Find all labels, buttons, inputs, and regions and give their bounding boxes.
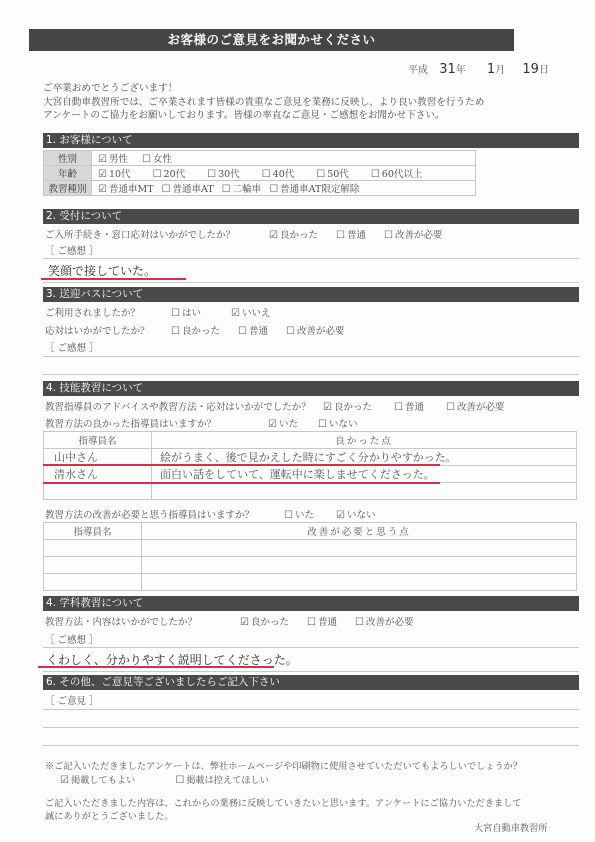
option-label: 掲載は控えてほしい — [186, 775, 269, 786]
row-course: 教習種別 ☑普通車MT☐普通車AT☐二輪車☐普通車AT限定解除 — [44, 181, 476, 196]
divider — [43, 374, 579, 375]
option-label: いない — [329, 419, 358, 430]
option-label: 普通 — [249, 326, 268, 337]
option-改善が必要[interactable]: ☐改善が必要 — [355, 614, 413, 628]
date-month-unit: 月 — [495, 65, 505, 76]
bus-service-question: 応対はいかがでしたか？ — [45, 323, 150, 337]
reception-comment[interactable]: 笑顔で接していた。 — [48, 262, 156, 279]
option-label: 男性 — [109, 154, 128, 165]
option-二輪車[interactable]: ☐二輪車 — [222, 181, 261, 195]
date-year[interactable]: 31 — [439, 62, 456, 77]
option-label: 良かった — [334, 402, 372, 413]
section-header-shuttle-bus: 3. 送迎バスについて — [43, 287, 579, 302]
option-label: 良かった — [182, 326, 220, 337]
col-instructor-name: 指導員名 — [44, 523, 142, 540]
good-point-cell[interactable]: 面白い話をしていて、運転中に楽しませてくださった。 — [152, 466, 577, 483]
option-20代[interactable]: ☐20代 — [153, 166, 186, 180]
intro-line: アンケートのご協力をお願いしております。皆様の率直なご意見・ご感想をお聞かせ下さ… — [43, 109, 484, 123]
checkbox-icon[interactable]: ☐ — [318, 419, 327, 430]
reception-options: ☑良かった☐普通☐改善が必要 — [269, 227, 460, 241]
row-gender: 性別 ☑男性☐女性 — [44, 151, 476, 166]
instructor-name-cell[interactable]: 清水さん — [44, 466, 152, 483]
checked-checkbox-icon[interactable]: ☑ — [231, 308, 240, 319]
date-month[interactable]: 1 — [487, 62, 495, 77]
instructor-name-cell[interactable] — [44, 540, 142, 557]
option-label: はい — [182, 308, 201, 319]
instructor-name-cell[interactable]: 山中さん — [44, 449, 152, 466]
checkbox-icon[interactable]: ☐ — [153, 169, 162, 180]
divider — [43, 745, 579, 746]
section-header-reception: 2. 受付について — [43, 209, 579, 224]
option-label: 改善が必要 — [457, 402, 505, 413]
option-label: 改善が必要 — [366, 617, 414, 628]
date-year-unit: 年 — [456, 65, 466, 76]
table-row — [44, 540, 577, 557]
reception-comment-label: ［ ご感想 ］ — [45, 243, 99, 257]
checkbox-icon[interactable]: ☐ — [142, 154, 151, 165]
publish-question: ※ご記入いただきましたアンケートは、弊社ホームページや印刷物に使用させていただい… — [45, 758, 522, 772]
checked-checkbox-icon[interactable]: ☑ — [269, 230, 278, 241]
option-label: いいえ — [242, 308, 271, 319]
table-row: 山中さん 絵がうまく、後で見かえした時にすごく分かりやすかった。 — [44, 449, 577, 466]
improve-point-cell[interactable] — [142, 574, 577, 591]
option-普通車AT限定解除[interactable]: ☐普通車AT限定解除 — [269, 181, 359, 195]
bus-used-options: ☐はい☑いいえ — [171, 305, 300, 319]
checkbox-icon[interactable]: ☐ — [284, 510, 293, 521]
checked-checkbox-icon[interactable]: ☑ — [60, 775, 69, 786]
date-era: 平成 — [408, 65, 428, 76]
option-label: 改善が必要 — [297, 326, 345, 337]
table-row: 清水さん 面白い話をしていて、運転中に楽しませてくださった。 — [44, 466, 577, 483]
intro-text: ご卒業おめでとうございます！ 大宮自動車教習所では、ご卒業されます皆様の貴重なご… — [43, 82, 484, 123]
date-day-unit: 日 — [539, 65, 549, 76]
instructor-name-cell[interactable] — [44, 557, 142, 574]
checkbox-icon[interactable]: ☐ — [371, 169, 380, 180]
section-header-driving-lessons: 4. 技能教習について — [43, 381, 579, 396]
col-good-points: 良かった点 — [152, 432, 577, 449]
option-良かった[interactable]: ☑良かった — [323, 399, 372, 413]
improve-instructor-table: 指導員名 改善が必要と思う点 — [43, 522, 577, 591]
label-course: 教習種別 — [44, 181, 92, 196]
improve-point-cell[interactable] — [142, 557, 577, 574]
checked-checkbox-icon[interactable]: ☑ — [98, 169, 107, 180]
checkbox-icon[interactable]: ☐ — [384, 230, 393, 241]
thanks-text: ご記入いただきました内容は、これからの業務に反映していきたいと思います。アンケー… — [45, 797, 521, 823]
section-header-other-comments: 6. その他、ご意見等ございましたらご記入下さい — [43, 675, 579, 690]
bus-comment-label: ［ ご感想 ］ — [45, 340, 99, 354]
option-普通車MT[interactable]: ☑普通車MT — [98, 181, 154, 195]
option-はい[interactable]: ☐はい — [171, 305, 201, 319]
option-いいえ[interactable]: ☑いいえ — [231, 305, 270, 319]
checkbox-icon[interactable]: ☐ — [238, 326, 247, 337]
option-いない[interactable]: ☑いない — [336, 507, 375, 521]
option-label: 60代以上 — [382, 169, 423, 180]
table-header-row: 指導員名 改善が必要と思う点 — [44, 523, 577, 540]
table-header-row: 指導員名 良かった点 — [44, 432, 577, 449]
option-label: 掲載してもよい — [71, 775, 135, 786]
checked-checkbox-icon[interactable]: ☑ — [268, 419, 277, 430]
reception-question: ご入所手続き・窓口応対はいかがでしたか？ — [45, 227, 235, 241]
instructor-name-cell[interactable] — [44, 483, 152, 500]
checkbox-icon[interactable]: ☐ — [207, 169, 216, 180]
checked-checkbox-icon[interactable]: ☑ — [98, 184, 107, 195]
improve-instructor-question: 教習方法の改善が必要と思う指導員はいますか？ — [45, 507, 254, 521]
table-row — [44, 483, 577, 500]
red-underline — [38, 666, 274, 668]
option-10代[interactable]: ☑10代 — [98, 166, 131, 180]
good-point-cell[interactable]: 絵がうまく、後で見かえした時にすごく分かりやすかった。 — [152, 449, 577, 466]
option-掲載は控えてほしい[interactable]: ☐掲載は控えてほしい — [175, 772, 269, 786]
option-label: 20代 — [164, 169, 186, 180]
option-label: いた — [279, 419, 298, 430]
label-age: 年齢 — [44, 166, 92, 181]
option-label: 普通 — [318, 617, 337, 628]
option-いた[interactable]: ☐いた — [284, 507, 314, 521]
checkbox-icon[interactable]: ☐ — [262, 169, 271, 180]
divider — [43, 647, 579, 648]
checkbox-icon[interactable]: ☐ — [355, 617, 364, 628]
improve-instructor-options: ☐いた☑いない — [284, 507, 397, 521]
divider — [43, 356, 579, 357]
option-良かった[interactable]: ☑良かった — [269, 227, 318, 241]
instructor-name-cell[interactable] — [44, 574, 142, 591]
checkbox-icon[interactable]: ☐ — [394, 402, 403, 413]
red-underline — [43, 464, 440, 466]
checked-checkbox-icon[interactable]: ☑ — [336, 510, 345, 521]
option-label: 普通車AT — [173, 184, 214, 195]
divider — [43, 671, 579, 672]
thanks-line: 誠にありがとうございました。 — [45, 810, 521, 823]
option-label: 女性 — [153, 154, 172, 165]
option-label: 40代 — [273, 169, 295, 180]
bus-used-question: ご利用されましたか？ — [45, 305, 140, 319]
checkbox-icon[interactable]: ☐ — [446, 402, 455, 413]
table-row — [44, 574, 577, 591]
option-いた[interactable]: ☑いた — [268, 416, 298, 430]
red-underline — [43, 482, 440, 484]
customer-profile-table: 性別 ☑男性☐女性 年齢 ☑10代☐20代☐30代☐40代☐50代☐60代以上 … — [43, 150, 476, 196]
option-label: 普通 — [347, 230, 366, 241]
checkbox-icon[interactable]: ☐ — [286, 326, 295, 337]
classroom-comment-label: ［ ご感想 ］ — [45, 632, 99, 646]
good-point-cell[interactable] — [152, 483, 577, 500]
date: 平成 31年 1月 19日 — [408, 61, 549, 77]
classroom-question: 教習方法・内容はいかがでしたか？ — [45, 614, 197, 628]
option-改善が必要[interactable]: ☐改善が必要 — [286, 323, 344, 337]
classroom-options: ☑良かった☐普通☐改善が必要 — [240, 614, 431, 628]
option-男性[interactable]: ☑男性 — [98, 151, 128, 165]
checkbox-icon[interactable]: ☐ — [316, 169, 325, 180]
option-label: 普通車MT — [109, 184, 154, 195]
option-40代[interactable]: ☐40代 — [262, 166, 295, 180]
checkbox-icon[interactable]: ☐ — [222, 184, 231, 195]
school-signature: 大宮自動車教習所 — [474, 820, 548, 834]
gender-options: ☑男性☐女性 — [92, 151, 476, 166]
checked-checkbox-icon[interactable]: ☑ — [98, 154, 107, 165]
option-掲載してもよい[interactable]: ☑掲載してもよい — [60, 772, 135, 786]
checked-checkbox-icon[interactable]: ☑ — [240, 617, 249, 628]
checkbox-icon[interactable]: ☐ — [175, 775, 184, 786]
option-label: いない — [347, 510, 376, 521]
publish-options: ☑掲載してもよい☐掲載は控えてほしい — [60, 772, 309, 786]
option-普通車AT[interactable]: ☐普通車AT — [162, 181, 214, 195]
divider — [43, 282, 579, 283]
section-header-customer: 1. お客様について — [43, 133, 579, 148]
option-label: 普通車AT限定解除 — [280, 184, 359, 195]
checkbox-icon[interactable]: ☐ — [269, 184, 278, 195]
option-改善が必要[interactable]: ☐改善が必要 — [384, 227, 442, 241]
col-improve-points: 改善が必要と思う点 — [142, 523, 577, 540]
form-title: お客様のご意見をお聞かせください — [29, 29, 514, 51]
divider — [43, 709, 579, 710]
instructor-rating-question: 教習指導員のアドバイスや教習方法・応対はいかがでしたか？ — [45, 399, 311, 413]
option-label: 二輪車 — [233, 184, 262, 195]
section-header-classroom-lessons: 4. 学科教習について — [43, 596, 579, 611]
improve-point-cell[interactable] — [142, 540, 577, 557]
option-label: 50代 — [327, 169, 349, 180]
age-options: ☑10代☐20代☐30代☐40代☐50代☐60代以上 — [92, 166, 476, 181]
option-いない[interactable]: ☐いない — [318, 416, 357, 430]
option-label: 普通 — [405, 402, 424, 413]
option-女性[interactable]: ☐女性 — [142, 151, 172, 165]
course-options: ☑普通車MT☐普通車AT☐二輪車☐普通車AT限定解除 — [92, 181, 476, 196]
divider — [43, 258, 579, 259]
label-gender: 性別 — [44, 151, 92, 166]
instructor-rating-options: ☑良かった☐普通☐改善が必要 — [323, 399, 526, 413]
intro-line: ご卒業おめでとうございます！ — [43, 82, 484, 96]
other-comment-label: ［ ご意見 ］ — [45, 693, 99, 707]
checkbox-icon[interactable]: ☐ — [171, 308, 180, 319]
option-label: 改善が必要 — [395, 230, 443, 241]
checkbox-icon[interactable]: ☐ — [307, 617, 316, 628]
option-普通[interactable]: ☐普通 — [394, 399, 424, 413]
good-instructor-question: 教習方法の良かった指導員はいますか？ — [45, 416, 216, 430]
option-60代以上[interactable]: ☐60代以上 — [371, 166, 423, 180]
date-day[interactable]: 19 — [522, 62, 539, 77]
intro-line: 大宮自動車教習所では、ご卒業されます皆様の貴重なご意見を業務に反映し、より良い教… — [43, 96, 484, 110]
red-underline — [41, 278, 186, 280]
option-改善が必要[interactable]: ☐改善が必要 — [446, 399, 504, 413]
option-label: いた — [295, 510, 314, 521]
checkbox-icon[interactable]: ☐ — [171, 326, 180, 337]
table-row — [44, 557, 577, 574]
row-age: 年齢 ☑10代☐20代☐30代☐40代☐50代☐60代以上 — [44, 166, 476, 181]
option-label: 30代 — [218, 169, 240, 180]
option-label: 良かった — [280, 230, 318, 241]
thanks-line: ご記入いただきました内容は、これからの業務に反映していきたいと思います。アンケー… — [45, 797, 521, 810]
col-instructor-name: 指導員名 — [44, 432, 152, 449]
checkbox-icon[interactable]: ☐ — [162, 184, 171, 195]
option-50代[interactable]: ☐50代 — [316, 166, 349, 180]
checked-checkbox-icon[interactable]: ☑ — [323, 402, 332, 413]
option-普通[interactable]: ☐普通 — [238, 323, 268, 337]
bus-service-options: ☐良かった☐普通☐改善が必要 — [171, 323, 362, 337]
option-普通[interactable]: ☐普通 — [307, 614, 337, 628]
checkbox-icon[interactable]: ☐ — [336, 230, 345, 241]
option-label: 良かった — [251, 617, 289, 628]
option-30代[interactable]: ☐30代 — [207, 166, 240, 180]
option-label: 10代 — [109, 169, 131, 180]
option-良かった[interactable]: ☑良かった — [240, 614, 289, 628]
good-instructor-options: ☑いた☐いない — [268, 416, 377, 430]
option-普通[interactable]: ☐普通 — [336, 227, 366, 241]
option-良かった[interactable]: ☐良かった — [171, 323, 220, 337]
divider — [43, 727, 579, 728]
